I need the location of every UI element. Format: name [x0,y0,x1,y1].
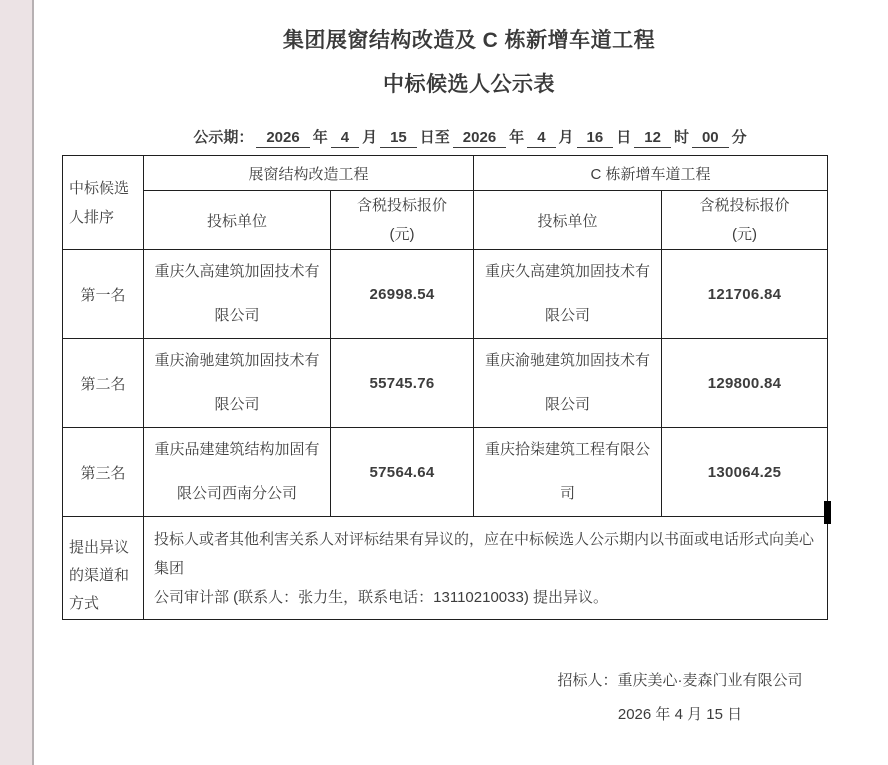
period-unit-year2: 年 [506,126,527,147]
period-start-year: 2026 [256,129,309,148]
price-cell: 129800.84 [662,339,828,428]
publicity-period-line: 公示期：2026年4月15日至2026年4月16日12时00分 [36,126,888,148]
table-row-second: 第二名 重庆渝驰建筑加固技术有 限公司 55745.76 重庆渝驰建筑加固技术有… [63,339,828,428]
header-price-1: 含税投标报价 (元) [331,191,474,250]
text-cursor [824,501,831,524]
rank-cell: 第二名 [63,339,144,428]
header-row-columns: 投标单位 含税投标报价 (元) 投标单位 含税投标报价 (元) [63,191,828,250]
footer-date-line: 2026 年 4 月 15 日 [490,698,870,732]
period-unit-hour: 时 [671,126,692,147]
period-start-month: 4 [331,129,359,148]
period-unit-to: 日至 [417,126,453,147]
rank-cell: 第三名 [63,428,144,517]
header-rank: 中标候选 人排序 [63,156,144,250]
price-cell: 26998.54 [331,250,474,339]
objection-label: 提出异议 的渠道和 方式 [63,517,144,620]
header-row-projects: 中标候选 人排序 展窗结构改造工程 C 栋新增车道工程 [63,156,828,191]
left-margin-strip [0,0,34,765]
price-cell: 121706.84 [662,250,828,339]
period-end-minute: 00 [692,129,729,148]
header-project-2: C 栋新增车道工程 [474,156,828,191]
objection-row: 提出异议 的渠道和 方式 投标人或者其他利害关系人对评标结果有异议的，应在中标候… [63,517,828,620]
candidates-table: 中标候选 人排序 展窗结构改造工程 C 栋新增车道工程 投标单位 含税投标报价 … [62,155,828,620]
period-label: 公示期： [190,126,256,147]
period-unit-year: 年 [310,126,331,147]
table-row-first: 第一名 重庆久高建筑加固技术有 限公司 26998.54 重庆久高建筑加固技术有… [63,250,828,339]
header-bidder-2: 投标单位 [474,191,662,250]
period-unit-month2: 月 [556,126,577,147]
table-row-third: 第三名 重庆品建建筑结构加固有 限公司西南分公司 57564.64 重庆拾柒建筑… [63,428,828,517]
bidder-cell: 重庆渝驰建筑加固技术有 限公司 [144,339,331,428]
document-content: 集团展窗结构改造及 C 栋新增车道工程 中标候选人公示表 公示期：2026年4月… [36,0,888,765]
bidder-cell: 重庆拾柒建筑工程有限公 司 [474,428,662,517]
rank-cell: 第一名 [63,250,144,339]
bidder-cell: 重庆久高建筑加固技术有 限公司 [474,250,662,339]
footer: 招标人：重庆美心·麦森门业有限公司 2026 年 4 月 15 日 [490,664,870,732]
page-title: 集团展窗结构改造及 C 栋新增车道工程 [36,24,888,54]
page-subtitle: 中标候选人公示表 [36,68,888,98]
tenderer-line: 招标人：重庆美心·麦森门业有限公司 [490,664,870,698]
period-start-day: 15 [380,129,417,148]
header-price-2: 含税投标报价 (元) [662,191,828,250]
period-unit-month: 月 [359,126,380,147]
period-end-year: 2026 [453,129,506,148]
period-end-month: 4 [527,129,555,148]
header-bidder-1: 投标单位 [144,191,331,250]
bidder-cell: 重庆久高建筑加固技术有 限公司 [144,250,331,339]
document-page: 集团展窗结构改造及 C 栋新增车道工程 中标候选人公示表 公示期：2026年4月… [0,0,888,765]
objection-content: 投标人或者其他利害关系人对评标结果有异议的，应在中标候选人公示期内以书面或电话形… [144,517,828,620]
price-cell: 130064.25 [662,428,828,517]
bidder-cell: 重庆渝驰建筑加固技术有 限公司 [474,339,662,428]
period-unit-day2: 日 [613,126,634,147]
period-end-hour: 12 [634,129,671,148]
header-project-1: 展窗结构改造工程 [144,156,474,191]
bidder-cell: 重庆品建建筑结构加固有 限公司西南分公司 [144,428,331,517]
period-unit-minute: 分 [729,126,750,147]
price-cell: 57564.64 [331,428,474,517]
period-end-day: 16 [577,129,614,148]
price-cell: 55745.76 [331,339,474,428]
